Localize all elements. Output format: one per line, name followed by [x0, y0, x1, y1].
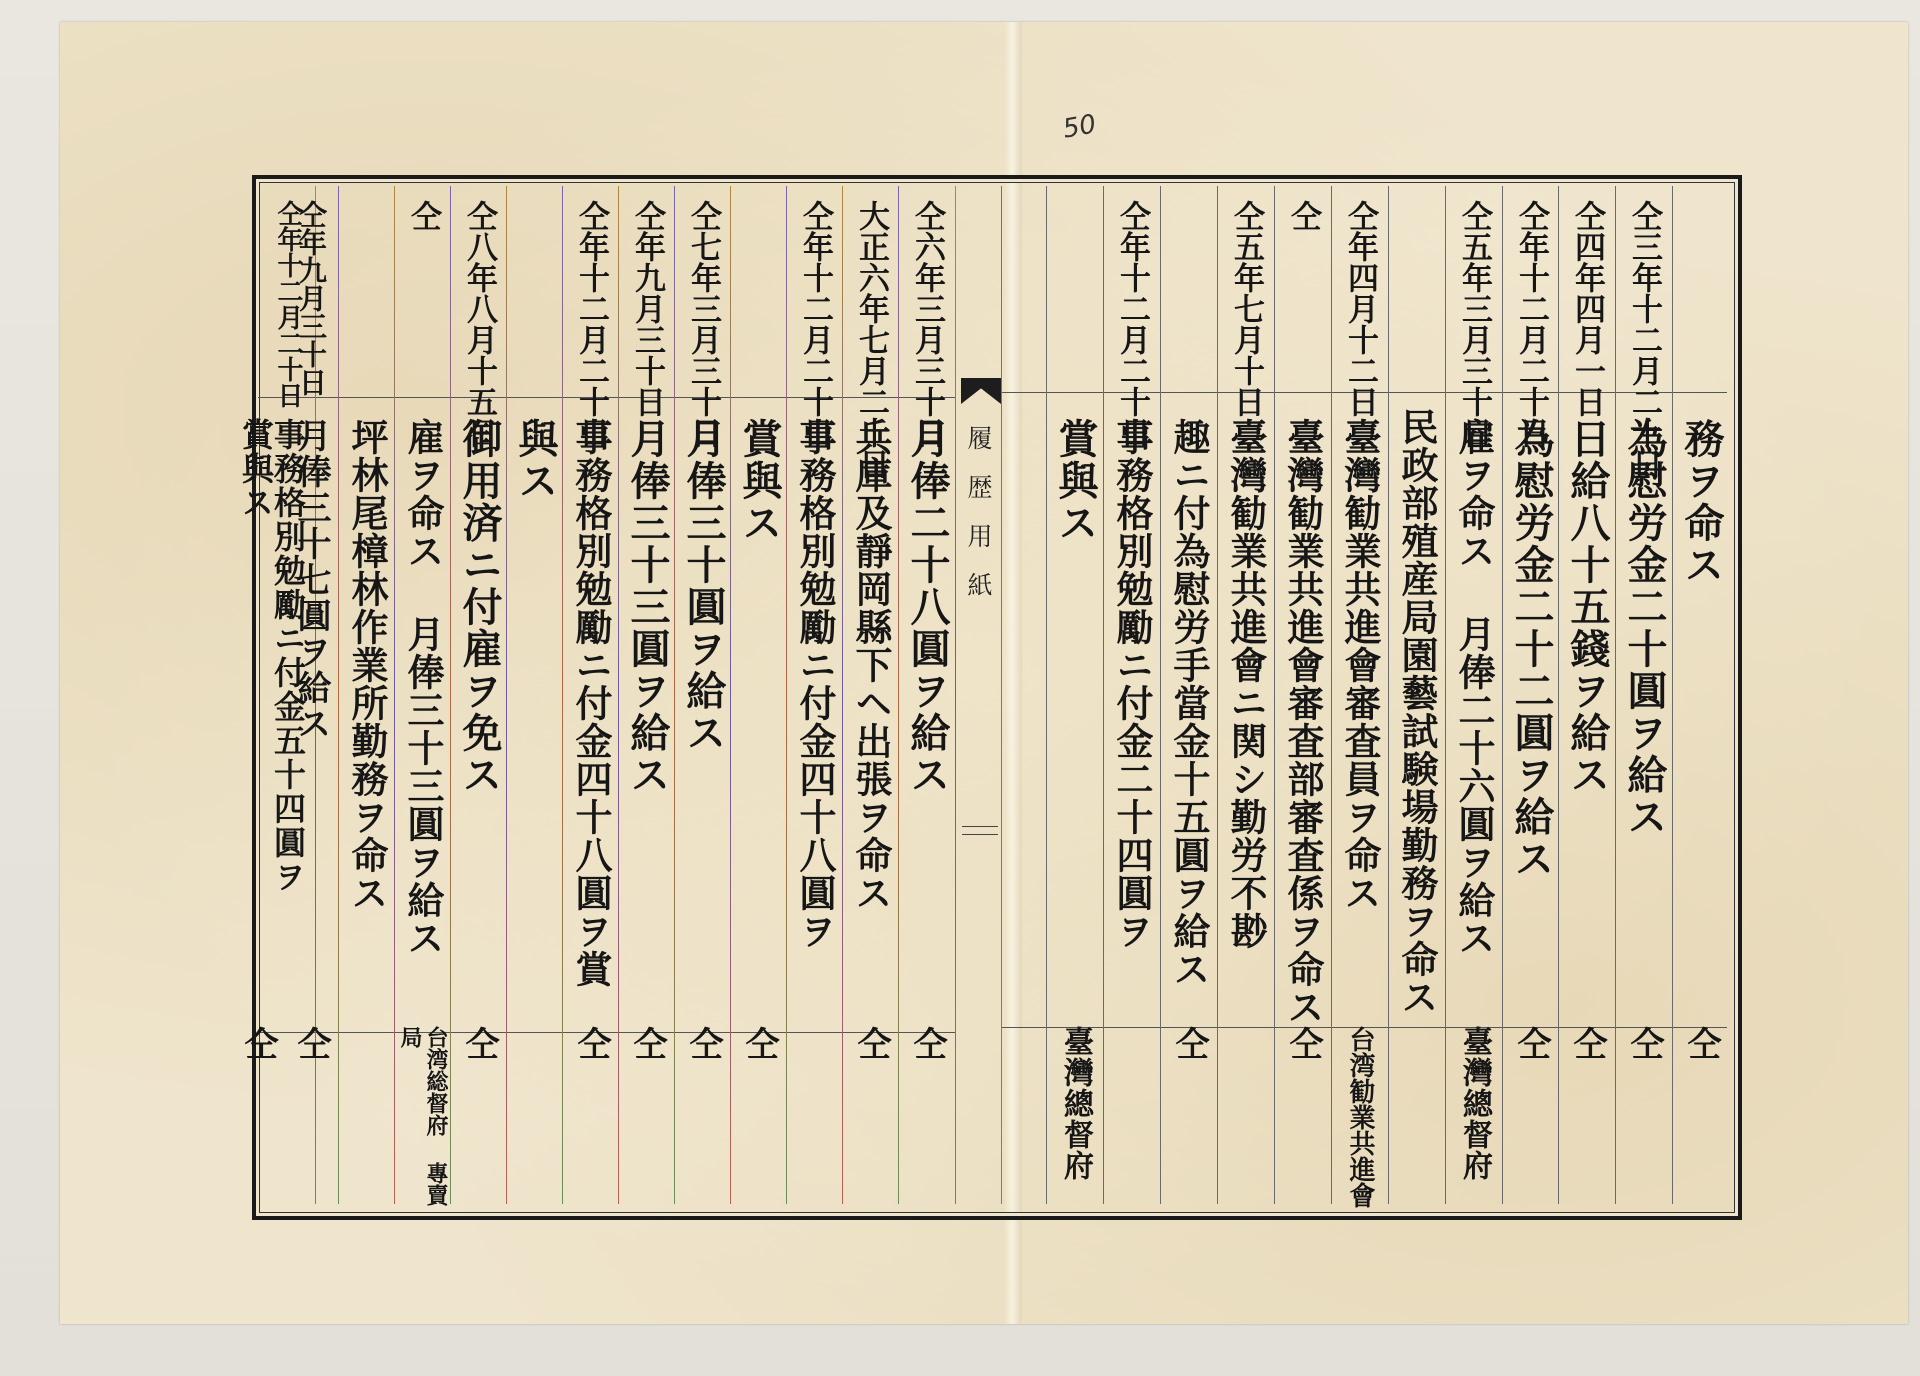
record-date: 仝年十二月二十日: [266, 200, 310, 408]
record-entry: 民政部殖産局園藝試験場勤務ヲ命ス: [1391, 408, 1443, 1016]
record-column: 仝年十二月二十日 事務格別勉勵ニ付金四十八圓ヲ: [787, 186, 843, 1204]
record-column: 仝年十二月二十日 事務格別勉勵ニ付金二十四圓ヲ: [1104, 186, 1160, 1204]
record-date: 仝年十二月二十日: [569, 200, 613, 448]
record-issuer: 仝: [1679, 1026, 1723, 1061]
record-entry: 賞與ス: [1049, 418, 1101, 544]
record-entry: 賞與ス: [733, 418, 785, 544]
column-rule: [1001, 186, 1002, 1204]
record-column: 賞與ス 臺灣總督府: [1047, 186, 1103, 1204]
record-column: 仝八年八月十五日 御用済ニ付雇ヲ免ス 仝: [451, 186, 507, 1204]
record-column: 大正六年七月二十日 兵庫及靜岡縣下ヘ出張ヲ命ス 仝: [843, 186, 899, 1204]
record-issuer: 仝: [1167, 1026, 1211, 1061]
record-column: 民政部殖産局園藝試験場勤務ヲ命ス: [1389, 186, 1445, 1204]
record-issuer: 仝: [737, 1026, 781, 1061]
center-mark: [962, 826, 998, 827]
record-date: 仝五年七月十日: [1224, 200, 1268, 417]
record-issuer: 仝: [457, 1026, 501, 1061]
record-entry: 月俸三十圓ヲ給ス: [677, 418, 729, 754]
record-issuer: 仝: [1509, 1026, 1553, 1061]
record-entry: 雇ヲ命ス 月俸二十六圓ヲ給ス: [1448, 418, 1500, 957]
record-issuer: 仝: [849, 1026, 893, 1061]
record-date: 仝六年三月三十日: [905, 200, 949, 448]
record-entry: 事務格別勉勵ニ付金四十八圓ヲ: [789, 418, 841, 950]
record-date: 仝八年八月十五日: [457, 200, 501, 448]
record-entry: 月俸二十八圓ヲ給ス: [901, 418, 953, 796]
record-column: 與ス: [507, 186, 563, 1204]
record-date: 仝年十二月二十日: [1110, 200, 1154, 448]
record-entry: 賞與ス: [230, 418, 282, 520]
record-column: 仝年九月三十日 月俸三十三圓ヲ給ス 仝: [619, 186, 675, 1204]
record-column: 仝年四月十二日 臺灣勧業共進會審査員ヲ命ス 台湾勧業共進會: [1332, 186, 1388, 1204]
record-entry: 御用済ニ付雇ヲ免ス: [453, 418, 505, 796]
record-entry: 月俸三十三圓ヲ給ス: [621, 418, 673, 796]
record-column: 仝五年三月三十日 雇ヲ命ス 月俸二十六圓ヲ給ス 臺灣總督府: [1446, 186, 1502, 1204]
record-date: 仝年四月十二日: [1338, 200, 1382, 417]
record-date: 仝四年四月一日: [1565, 200, 1609, 417]
record-issuer: 仝: [681, 1026, 725, 1061]
column-rule: [955, 186, 956, 1204]
record-entry: 臺灣勧業共進會ニ関シ勤労不尠: [1220, 418, 1272, 950]
record-issuer: 臺灣總督府: [1454, 1026, 1494, 1181]
record-date: 仝: [401, 200, 445, 231]
record-column: 趣ニ付為慰労手當金十五圓ヲ給ス 仝: [1161, 186, 1217, 1204]
record-column: 坪林尾樟林作業所勤務ヲ命ス: [339, 186, 395, 1204]
record-column: 仝六年三月三十日 月俸二十八圓ヲ給ス 仝: [899, 186, 955, 1204]
record-issuer: 仝: [1565, 1026, 1609, 1061]
record-entry: 務ヲ命ス: [1675, 418, 1727, 586]
record-entry: 臺灣勧業共進會審査員ヲ命ス: [1334, 418, 1386, 912]
record-issuer: 仝: [1281, 1026, 1325, 1061]
record-entry: 為慰労金二十圓ヲ給ス: [1618, 418, 1670, 838]
record-entry: 臺灣勧業共進會審査部審査係ヲ命ス: [1277, 418, 1329, 1026]
record-entry: 事務格別勉勵ニ付金四十八圓ヲ賞: [565, 418, 617, 988]
record-issuer: 仝: [905, 1026, 949, 1061]
record-entry: 雇ヲ命ス 月俸三十三圓ヲ給ス: [397, 418, 449, 957]
record-entry: 兵庫及靜岡縣下ヘ出張ヲ命ス: [845, 418, 897, 912]
record-column: 仝年十二月二十日 為慰労金二十二圓ヲ給ス 仝: [1503, 186, 1559, 1204]
form-title: 履歴用紙: [960, 425, 996, 621]
record-date: 仝年十二月二十日: [1509, 200, 1553, 448]
record-issuer: 臺灣總督府: [1055, 1026, 1095, 1181]
page-number: 50: [1061, 109, 1099, 144]
record-column: 仝 雇ヲ命ス 月俸三十三圓ヲ給ス 台湾総督府 專賣局: [395, 186, 451, 1204]
record-date: 仝五年三月三十日: [1452, 200, 1496, 448]
record-issuer: 仝: [569, 1026, 613, 1061]
record-column: 仝年十二月二十日 事務格別勉勵ニ付金四十八圓ヲ賞 仝: [563, 186, 619, 1204]
record-column: 仝四年四月一日 日給八十五錢ヲ給ス 仝: [1559, 186, 1615, 1204]
record-issuer: 台湾総督府 專賣局: [397, 1026, 449, 1216]
record-column: 仝三年十二月二十日 為慰労金二十圓ヲ給ス 仝: [1616, 186, 1672, 1204]
record-issuer: 仝: [236, 1026, 280, 1061]
record-entry: 事務格別勉勵ニ付金二十四圓ヲ: [1106, 418, 1158, 950]
record-entry: 趣ニ付為慰労手當金十五圓ヲ給ス: [1163, 418, 1215, 988]
record-column: 仝五年七月十日 臺灣勧業共進會ニ関シ勤労不尠: [1218, 186, 1274, 1204]
record-date: 仝年九月三十日: [625, 200, 669, 417]
center-mark: [962, 834, 998, 835]
record-date: 仝七年三月三十日: [681, 200, 725, 448]
record-entry: 與ス: [509, 418, 561, 502]
record-entry: 日給八十五錢ヲ給ス: [1561, 418, 1613, 796]
record-entry: 為慰労金二十二圓ヲ給ス: [1505, 418, 1557, 880]
record-column: 仝 臺灣勧業共進會審査部審査係ヲ命ス 仝: [1275, 186, 1331, 1204]
record-issuer: 仝: [625, 1026, 669, 1061]
record-issuer: 仝: [1622, 1026, 1666, 1061]
record-column: 務ヲ命ス 仝: [1673, 186, 1729, 1204]
record-date: 仝: [1281, 200, 1325, 231]
record-column: 賞與ス 仝: [731, 186, 787, 1204]
record-entry: 坪林尾樟林作業所勤務ヲ命ス: [341, 418, 393, 912]
record-column: 仝七年三月三十日 月俸三十圓ヲ給ス 仝: [675, 186, 731, 1204]
record-date: 仝年十二月二十日: [793, 200, 837, 448]
record-issuer: 台湾勧業共進會: [1345, 1026, 1375, 1208]
